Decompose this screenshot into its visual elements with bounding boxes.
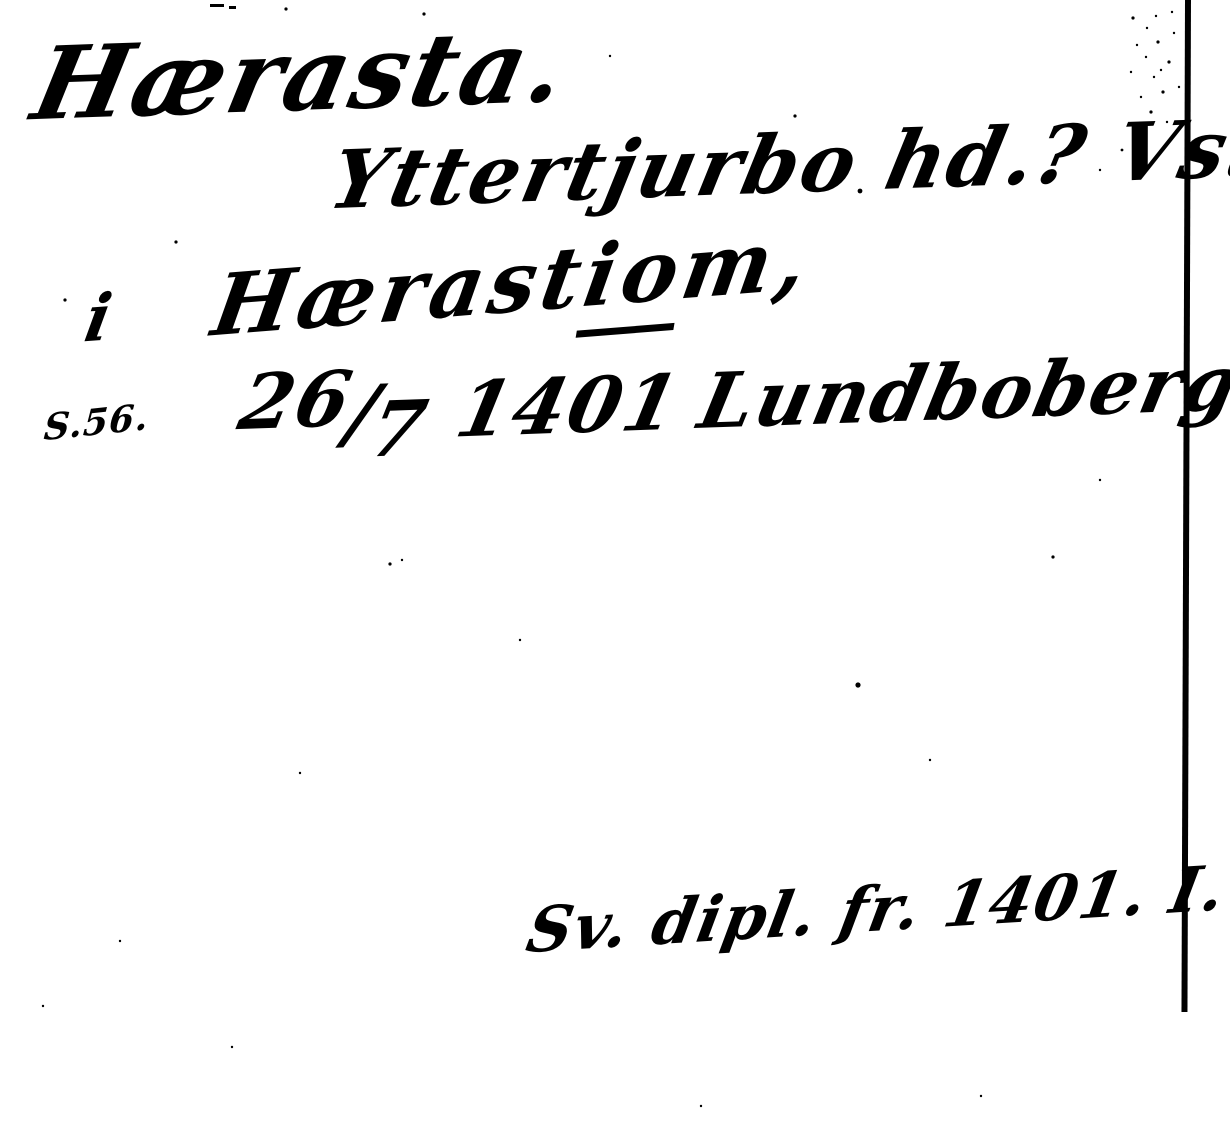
source-reference: Sv. dipl. fr. 1401. I. (522, 857, 1230, 962)
location-word-start: Hærast (206, 226, 594, 356)
date-day: 26 (232, 353, 361, 447)
location-word-end: m, (675, 208, 820, 319)
date-signature-line: 26/71401Lundboberg. (230, 344, 1230, 457)
location-prefix: i (80, 286, 118, 353)
date-year: 1401 (449, 357, 689, 454)
scanned-index-card: Hærasta. Yttertjurbo hd.? Vst. i Hærasti… (0, 0, 1230, 1148)
signature-name: Lundboberg. (691, 337, 1230, 447)
place-name-heading: Hærasta. (25, 15, 577, 134)
location-word-underlined: io (575, 218, 691, 338)
page-reference-note: S.56. (43, 399, 150, 446)
location-word: Hærastiom, (207, 216, 818, 348)
date-fraction: 26/7 (229, 366, 440, 462)
